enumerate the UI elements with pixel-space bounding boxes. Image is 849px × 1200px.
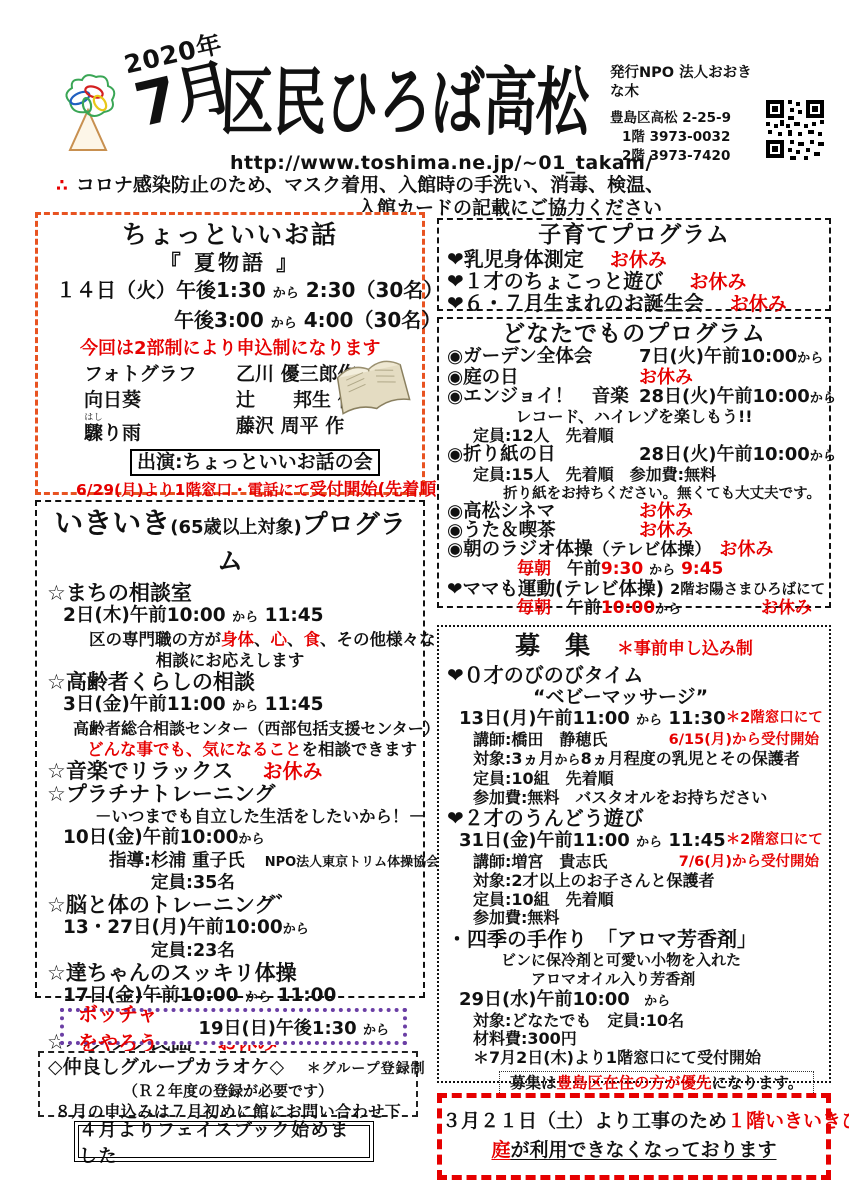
bosyu-title-row: 募 集 ＊事前申し込み制 [447,631,821,664]
platina-time: 10日(金)午前10:00から [63,827,413,851]
covid-line1: コロナ感染防止のため、マスク着用、入館時の手洗い、消毒、検温、 [76,174,664,196]
website-url: http://www.toshima.ne.jp/~01_takam/ [230,152,620,174]
nisai-fee: 参加費:無料 [473,909,821,928]
publisher-address: 豊島区高松 2-25-9 [610,109,760,128]
garden-row: ◉ガーデン全体会 7日(火)午前10:00から [447,348,821,369]
karaoke-line2: （Ｒ２年度の登録が必要です） [48,1081,408,1101]
facebook-box: ４月よりフェイスブック始めました [78,1125,370,1158]
radio-row: ◉朝のラジオ体操（テレビ体操） お休み [447,541,821,560]
baby-target: 対象:3ヵ月から8ヵ月程度の乳児とその保護者 [473,750,821,771]
machi-desc2: 相談にお応えします [47,650,413,671]
story-title: ちょっといいお話 [48,220,412,250]
platina-teacher: 指導:杉浦 重子氏 NPO法人東京トリム体操協会指導員 [109,851,413,873]
boccia-title: ボッチャをやろう [78,998,162,1056]
baby-teacher: 講師:橋田 静穂氏 6/15(月)から受付開始 [473,731,821,750]
enjoy-desc: レコード、ハイレゾを楽しもう!! [447,408,821,427]
story-cast: 出演:ちょっといいお話の会 [130,449,380,476]
heart-icon: ❤ [447,247,464,271]
boccia-time: 19日(日)午後1:30 から [198,1014,389,1040]
page-title: 区民ひろば高松 [219,44,590,150]
dot-bullet: ・ [447,927,467,951]
story-subtitle: 『 夏物語 』 [48,250,412,277]
ikiiki-program-box: いきいき(65歳以上対象)プログラム ☆まちの相談室 2日(木)午前10:00 … [35,500,425,998]
heart-icon: ❤ [447,269,464,293]
nisai-capacity: 定員:10組 先着順 [473,891,821,910]
brain-time: 13・27日(月)午前10:00から [63,917,413,941]
covid-line2: 入館カードの記載にご協力ください [358,197,806,219]
story-program-box: ちょっといいお話 『 夏物語 』 １４日（火）午後1:30 から 2:30（30… [35,212,425,495]
baby-capacity: 定員:10組 先着順 [473,770,821,789]
machi-time: 2日(木)午前10:00 から 11:45 [63,605,413,629]
aroma-desc1: ビンに保冷剤と可愛い小物を入れた [501,951,821,970]
machi-desc: 区の専門職の方が身体、心、食、その他様々な [89,629,413,650]
heart-icon: ❤ [447,663,464,687]
kurashi-time: 3日(金)午前11:00 から 11:45 [63,694,413,718]
baby-fee: 参加費:無料 バスタオルをお持ちださい [473,789,821,808]
story-session1: １４日（火）午後1:30 から 2:30（30名） [56,277,412,307]
aroma-title: ・四季の手作り 「アロマ芳香剤」 [447,928,821,951]
tree-logo [56,72,120,166]
karaoke-title-row: ◇仲良しグループカラオケ◇ ＊グループ登録制 [48,1056,408,1081]
baby-subtitle: “ベビーマッサージ” [533,687,821,708]
kosodate-item: ❤乳児身体測定お休み [447,249,821,271]
enjoy-row: ◉エンジョイ！ 音楽 28日(火)午前10:00から [447,388,821,409]
origami-capacity: 定員:15人 先着順 参加費:無料 [473,466,821,485]
kosodate-title: 子育てプログラム [447,222,821,249]
baby-title: ❤０才のびのびタイム [447,664,821,687]
kurashi-title: ☆高齢者くらしの相談 [47,671,413,694]
book-image [330,353,414,419]
kosodate-item: ❤６・７月生まれのお誕生会お休み [447,293,821,315]
kurashi-desc: どんな事でも、気になることを相談できます [87,739,413,760]
heart-icon: ❤ [447,291,464,315]
kosodate-program-box: 子育てプログラム ❤乳児身体測定お休み ❤１才のちょこっと遊びお休み ❤６・７月… [437,218,831,311]
aroma-reception: ＊7月2日(木)より1階窓口にて受付開始 [473,1049,821,1068]
machi-title: ☆まちの相談室 [47,582,413,605]
baby-time: 13日(月)午前11:00 から 11:30 ＊2階窓口にて [459,708,821,731]
priority-note: 募集は豊島区在住の方が優先になります。 [499,1071,814,1095]
construction-line1: ３月２１日（土）より工事のため１階いきいきひろばと [442,1107,826,1136]
tatsu-title: ☆達ちゃんのスッキリ体操 [47,962,413,985]
platina-slogan: －いつまでも自立した生活をしたいから！－ [95,806,413,827]
mama-time: 毎朝 午前10:00から お休み [517,599,821,620]
mama-row: ❤ママも運動(テレビ体操) 2階お陽さまひろばにて [447,581,821,600]
ikiiki-title: いきいき(65歳以上対象)プログラム [47,506,413,582]
aroma-desc2: アロマオイル入り芳香剤 [531,970,821,989]
brain-title: ☆脳と体のトレーニング゛ [47,894,413,917]
dots-icon: ∴ [56,176,68,196]
aroma-time: 29日(水)午前10:00 から [459,989,821,1012]
publisher-name: 発行NPO 法人おおきな木 [610,64,760,102]
donatademo-title: どなたでものプログラム [447,321,821,348]
relax-row: ☆音楽でリラックス お休み [47,760,413,783]
radio-time: 毎朝 午前9:30 から 9:45 [517,560,821,581]
kurashi-place: 高齢者総合相談センター（西部包括支援センター） [73,718,413,739]
bosyu-note: ＊事前申し込み制 [617,639,753,659]
platina-capacity: 定員:35名 [151,873,413,894]
heart-icon: ❤ [447,579,463,600]
story-session2: 午後3:00 から 4:00（30名） [174,307,412,337]
aroma-fee: 材料費:300円 [473,1030,821,1049]
construction-line2: 庭が利用できなくなっております [442,1136,826,1165]
heart-icon: ❤ [447,806,464,830]
kosodate-item: ❤１才のちょこっと遊びお休み [447,271,821,293]
story-reception: 6/29(月)より1階窓口・電話にて受付開始(先着順) [76,479,412,501]
nisai-title: ❤２才のうんどう遊び [447,807,821,830]
construction-notice-box: ３月２１日（土）より工事のため１階いきいきひろばと 庭が利用できなくなっておりま… [437,1093,831,1180]
boccia-box: ボッチャをやろう 19日(日)午後1:30 から [60,1008,407,1045]
platina-title: ☆プラチナトレーニング [47,783,413,806]
qr-code [762,96,828,162]
karaoke-box: ◇仲良しグループカラオケ◇ ＊グループ登録制 （Ｒ２年度の登録が必要です） ８月… [38,1051,418,1117]
brain-capacity: 定員:23名 [151,941,413,962]
aroma-target: 対象:どなたでも 定員:10名 [473,1012,821,1031]
publisher-info: 発行NPO 法人おおきな木 豊島区高松 2-25-9 1階 3973-0032 … [610,64,760,166]
nisai-target: 対象:2才以上のお子さんと保護者 [473,872,821,891]
bosyu-box: 募 集 ＊事前申し込み制 ❤０才のびのびタイム “ベビーマッサージ” 13日(月… [437,625,831,1083]
origami-row: ◉折り紙の日 28日(火)午前10:00から [447,446,821,467]
phone-1f: 1階 3973-0032 [610,128,760,147]
donatademo-program-box: どなたでものプログラム ◉ガーデン全体会 7日(火)午前10:00から ◉庭の日… [437,317,831,608]
nisai-teacher: 講師:増宮 貴志氏 7/6(月)から受付開始 [473,853,821,872]
nisai-time: 31日(金)午前11:00 から 11:45 ＊2階窓口にて [459,830,821,853]
newsletter-page: 2020年 7月 区民ひろば高松 発行NPO 法人おおきな木 豊島区高松 2-2… [0,0,849,1200]
